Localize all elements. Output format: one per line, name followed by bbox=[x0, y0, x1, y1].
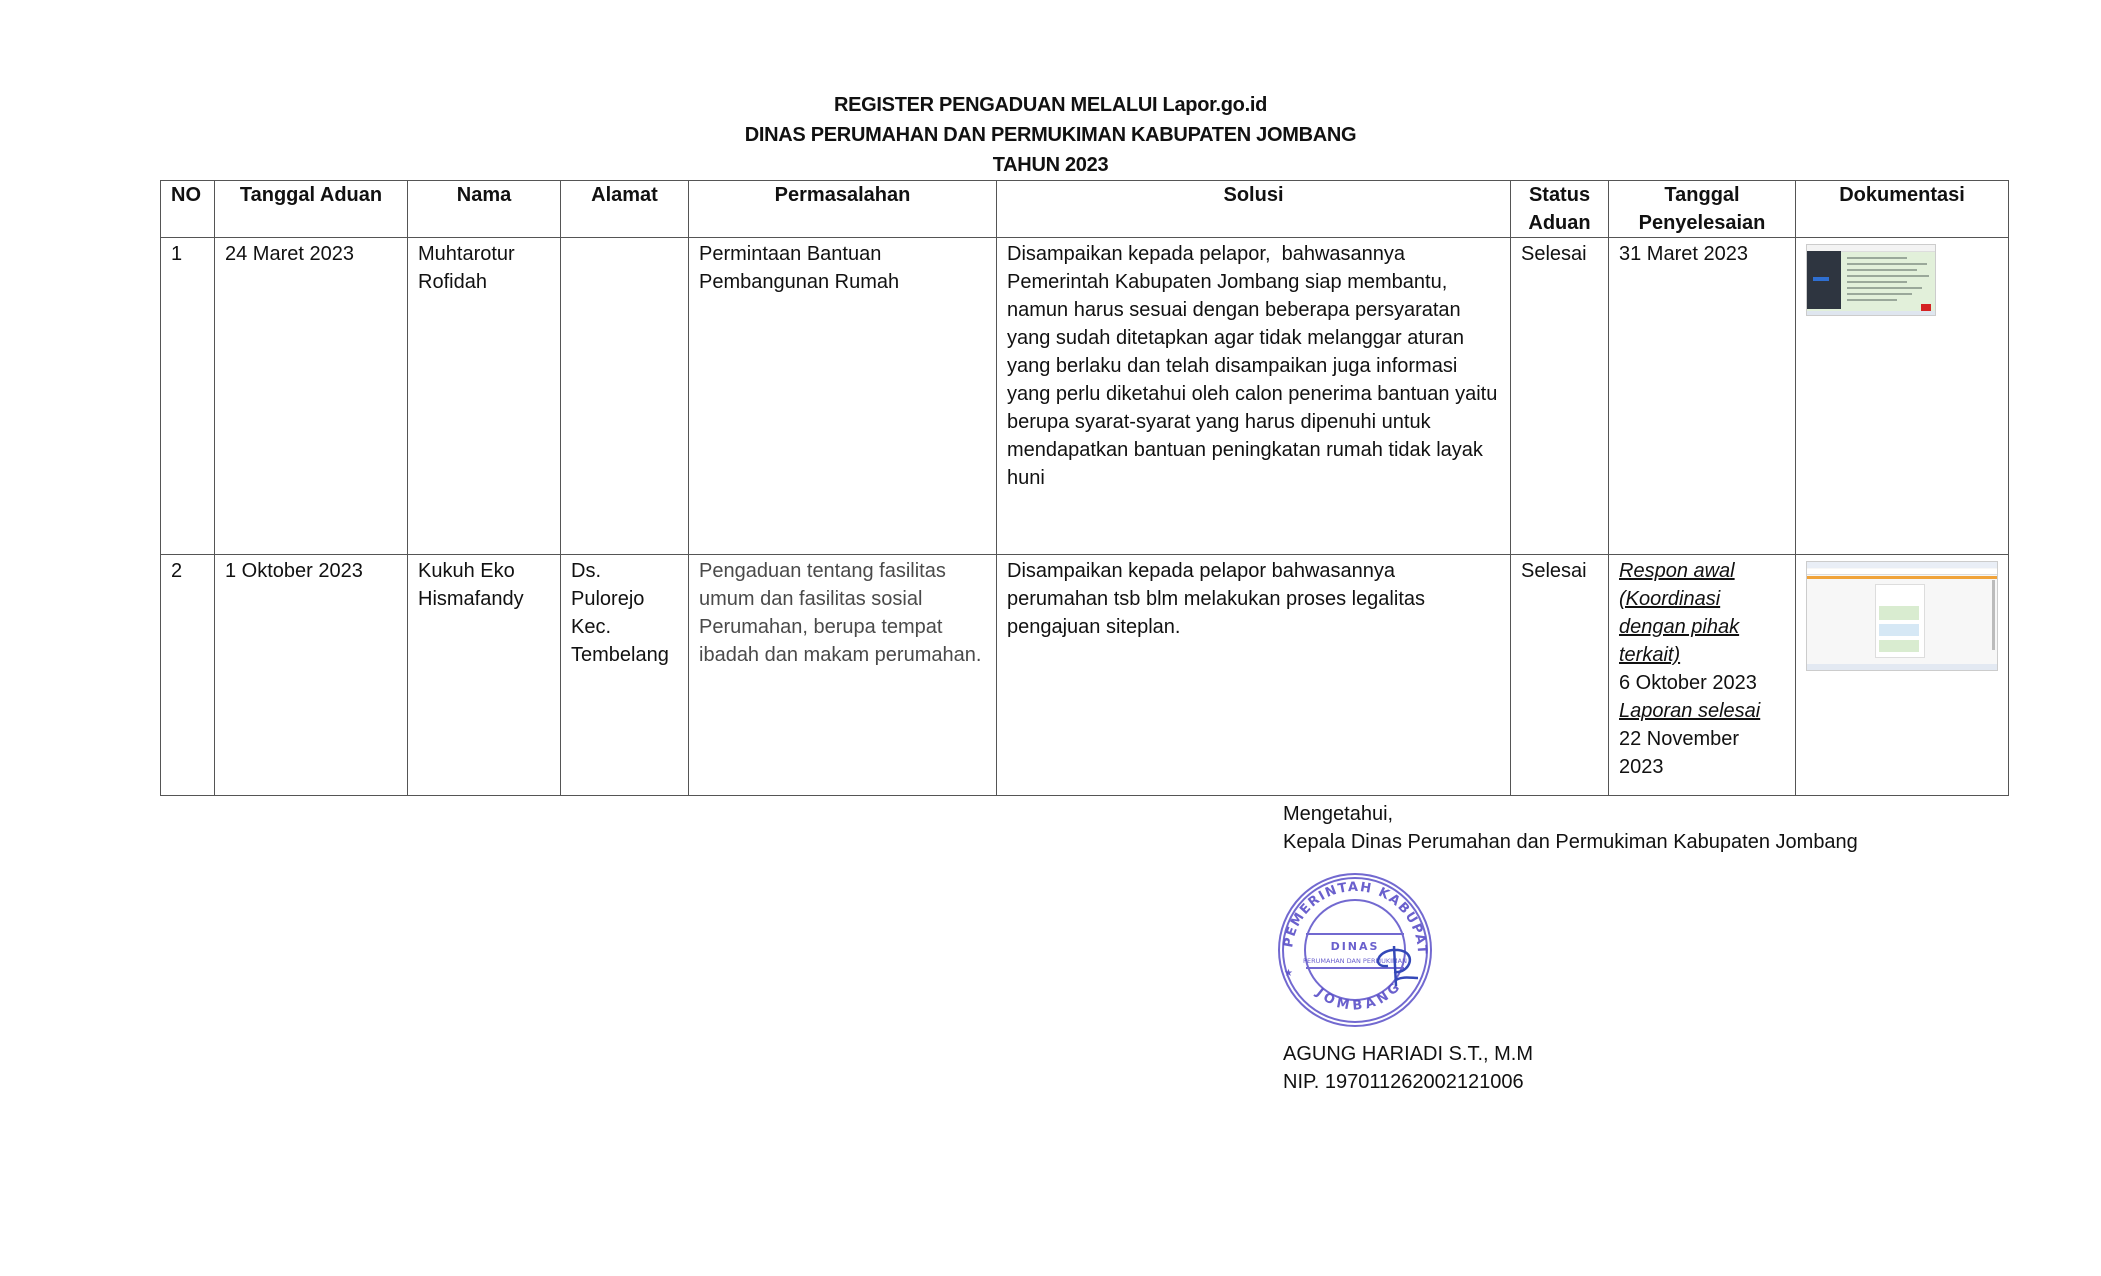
title-line-2: DINAS PERUMAHAN DAN PERMUKIMAN KABUPATEN… bbox=[0, 120, 2101, 150]
header-no: NO bbox=[161, 181, 215, 238]
table-header-row: NO Tanggal Aduan Nama Alamat Permasalaha… bbox=[161, 181, 2009, 238]
cell-alamat: Ds. Pulorejo Kec. Tembelang bbox=[561, 555, 689, 796]
respon-awal-date: 6 Oktober 2023 bbox=[1619, 669, 1785, 697]
documentation-screenshot[interactable] bbox=[1806, 561, 1998, 671]
header-tp-line-1: Tanggal bbox=[1619, 181, 1785, 209]
alamat-line: Ds. bbox=[571, 557, 678, 585]
signatory-position: Kepala Dinas Perumahan dan Permukiman Ka… bbox=[1283, 828, 1858, 856]
svg-text:★: ★ bbox=[1284, 968, 1293, 979]
laporan-selesai-label: Laporan selesai bbox=[1619, 697, 1785, 725]
stamp-inner-1: DINAS bbox=[1331, 940, 1380, 953]
alamat-line: Kec. bbox=[571, 613, 678, 641]
acknowledge-text: Mengetahui, bbox=[1283, 800, 1858, 828]
header-dokumentasi: Dokumentasi bbox=[1796, 181, 2009, 238]
stamp-inner-2: PERUMAHAN DAN PERMUKIMAN bbox=[1303, 957, 1407, 965]
cell-dokumentasi bbox=[1796, 238, 2009, 555]
title-line-3: TAHUN 2023 bbox=[0, 150, 2101, 180]
laporan-selesai-date: 22 November 2023 bbox=[1619, 725, 1785, 781]
header-solusi: Solusi bbox=[997, 181, 1511, 238]
official-stamp-icon: PEMERINTAH KABUPATEN JOMBANG DINAS PERUM… bbox=[1270, 868, 1440, 1028]
alamat-line: Tembelang bbox=[571, 641, 678, 669]
header-status-aduan: Status Aduan bbox=[1511, 181, 1609, 238]
svg-text:JOMBANG: JOMBANG bbox=[1312, 978, 1405, 1014]
alamat-line: Pulorejo bbox=[571, 585, 678, 613]
title-line-1: REGISTER PENGADUAN MELALUI Lapor.go.id bbox=[0, 90, 2101, 120]
cell-dokumentasi bbox=[1796, 555, 2009, 796]
header-tp-line-2: Penyelesaian bbox=[1619, 209, 1785, 237]
signatory: AGUNG HARIADI S.T., M.M NIP. 19701126200… bbox=[1283, 1040, 1533, 1096]
complaint-register-table: NO Tanggal Aduan Nama Alamat Permasalaha… bbox=[160, 180, 2009, 796]
cell-tanggal-penyelesaian: Respon awal (Koordinasi dengan pihak ter… bbox=[1609, 555, 1796, 796]
header-permasalahan: Permasalahan bbox=[689, 181, 997, 238]
cell-solusi: Disampaikan kepada pelapor bahwasannya p… bbox=[997, 555, 1511, 796]
table-row: 1 24 Maret 2023 Muhtarotur Rofidah Permi… bbox=[161, 238, 2009, 555]
respon-awal-label: Respon awal (Koordinasi dengan pihak ter… bbox=[1619, 557, 1785, 669]
stamp-bottom-text: JOMBANG bbox=[1312, 978, 1405, 1014]
cell-nama: Kukuh Eko Hismafandy bbox=[408, 555, 561, 796]
header-status-line-1: Status bbox=[1521, 181, 1598, 209]
document-title: REGISTER PENGADUAN MELALUI Lapor.go.id D… bbox=[0, 90, 2101, 180]
cell-alamat bbox=[561, 238, 689, 555]
cell-status: Selesai bbox=[1511, 555, 1609, 796]
documentation-screenshot[interactable] bbox=[1806, 244, 1936, 316]
cell-permasalahan: Permintaan Bantuan Pembangunan Rumah bbox=[689, 238, 997, 555]
cell-permasalahan: Pengaduan tentang fasilitas umum dan fas… bbox=[689, 555, 997, 796]
cell-solusi: Disampaikan kepada pelapor, bahwasannya … bbox=[997, 238, 1511, 555]
header-status-line-2: Aduan bbox=[1521, 209, 1598, 237]
cell-status: Selesai bbox=[1511, 238, 1609, 555]
signatory-nip: NIP. 197011262002121006 bbox=[1283, 1068, 1533, 1096]
cell-no: 2 bbox=[161, 555, 215, 796]
table-row: 2 1 Oktober 2023 Kukuh Eko Hismafandy Ds… bbox=[161, 555, 2009, 796]
header-nama: Nama bbox=[408, 181, 561, 238]
header-alamat: Alamat bbox=[561, 181, 689, 238]
cell-nama: Muhtarotur Rofidah bbox=[408, 238, 561, 555]
cell-no: 1 bbox=[161, 238, 215, 555]
signature-block: Mengetahui, Kepala Dinas Perumahan dan P… bbox=[1283, 800, 1858, 856]
header-tanggal-penyelesaian: Tanggal Penyelesaian bbox=[1609, 181, 1796, 238]
cell-tanggal-penyelesaian: 31 Maret 2023 bbox=[1609, 238, 1796, 555]
header-tanggal-aduan: Tanggal Aduan bbox=[215, 181, 408, 238]
cell-tanggal-aduan: 24 Maret 2023 bbox=[215, 238, 408, 555]
cell-tanggal-aduan: 1 Oktober 2023 bbox=[215, 555, 408, 796]
signatory-name: AGUNG HARIADI S.T., M.M bbox=[1283, 1040, 1533, 1068]
